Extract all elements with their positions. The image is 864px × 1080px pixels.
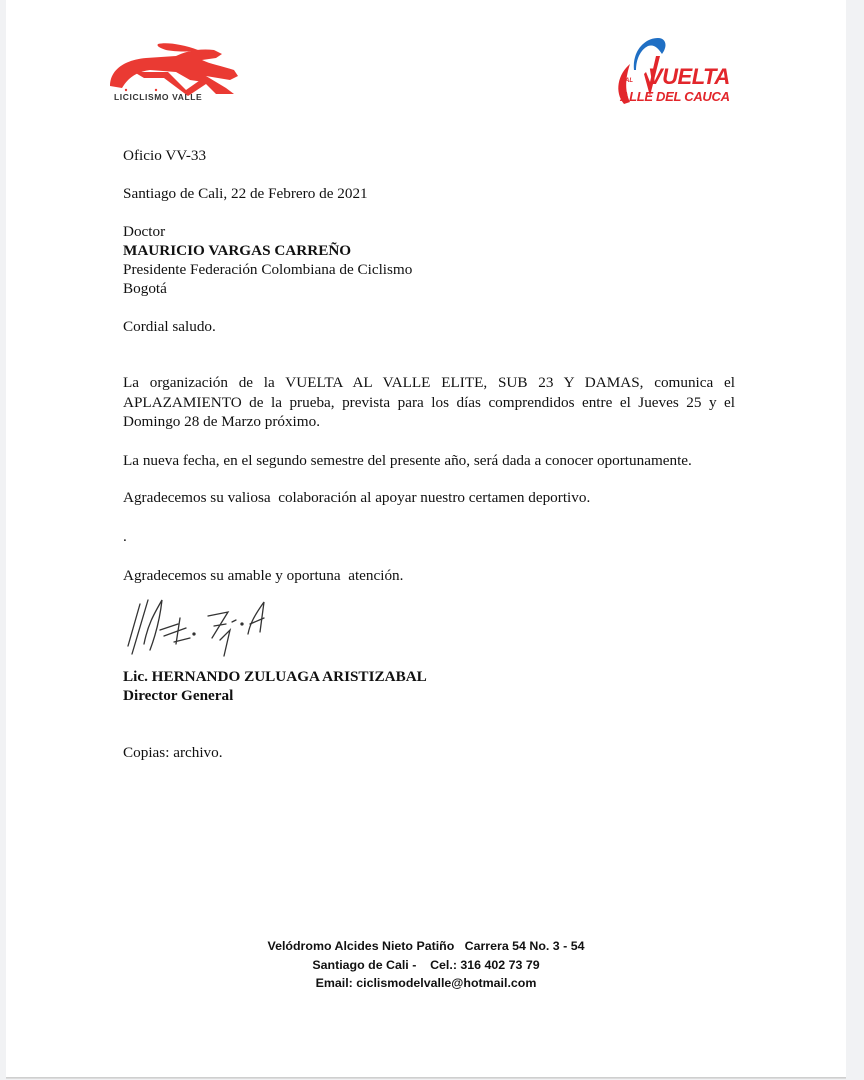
place-date: Santiago de Cali, 22 de Febrero de 2021 [123, 184, 368, 203]
recipient-title: Doctor [123, 222, 165, 241]
logo-title: VUELTA [648, 64, 730, 90]
footer-email: Email: ciclismodelvalle@hotmail.com [6, 974, 846, 993]
logo-prefix: AL [625, 78, 633, 84]
footer-phone: Santiago de Cali - Cel.: 316 402 73 79 [6, 956, 846, 975]
handwritten-signature-icon [124, 594, 334, 660]
closing-line: Agradecemos su amable y oportuna atenció… [123, 566, 403, 585]
signer-name: Lic. HERNANDO ZULUAGA ARISTIZABAL [123, 667, 427, 686]
footer-address: Velódromo Alcides Nieto Patiño Carrera 5… [6, 937, 846, 956]
body-paragraph: Agradecemos su valiosa colaboración al a… [123, 488, 590, 507]
greeting: Cordial saludo. [123, 317, 216, 336]
recipient-position: Presidente Federación Colombiana de Cicl… [123, 260, 412, 279]
body-paragraph: La organización de la VUELTA AL VALLE EL… [123, 373, 735, 432]
vuelta-valle-logo: AL VUELTA ALLE DEL CAUCA [604, 34, 749, 109]
liciclismo-valle-logo: LICICLISMO VALLE [106, 42, 250, 104]
signer-role: Director General [123, 686, 233, 705]
reference-number: Oficio VV-33 [123, 146, 206, 165]
body-paragraph: La nueva fecha, en el segundo semestre d… [123, 451, 692, 470]
body-paragraph: . [123, 527, 127, 546]
recipient-name: MAURICIO VARGAS CARREÑO [123, 241, 351, 260]
copies-note: Copias: archivo. [123, 743, 223, 762]
logo-subtitle: ALLE DEL CAUCA [620, 89, 730, 104]
recipient-city: Bogotá [123, 279, 167, 298]
logo-caption: LICICLISMO VALLE [114, 92, 202, 102]
document-page: LICICLISMO VALLE AL VUELTA ALLE DEL CAUC… [6, 0, 846, 1077]
